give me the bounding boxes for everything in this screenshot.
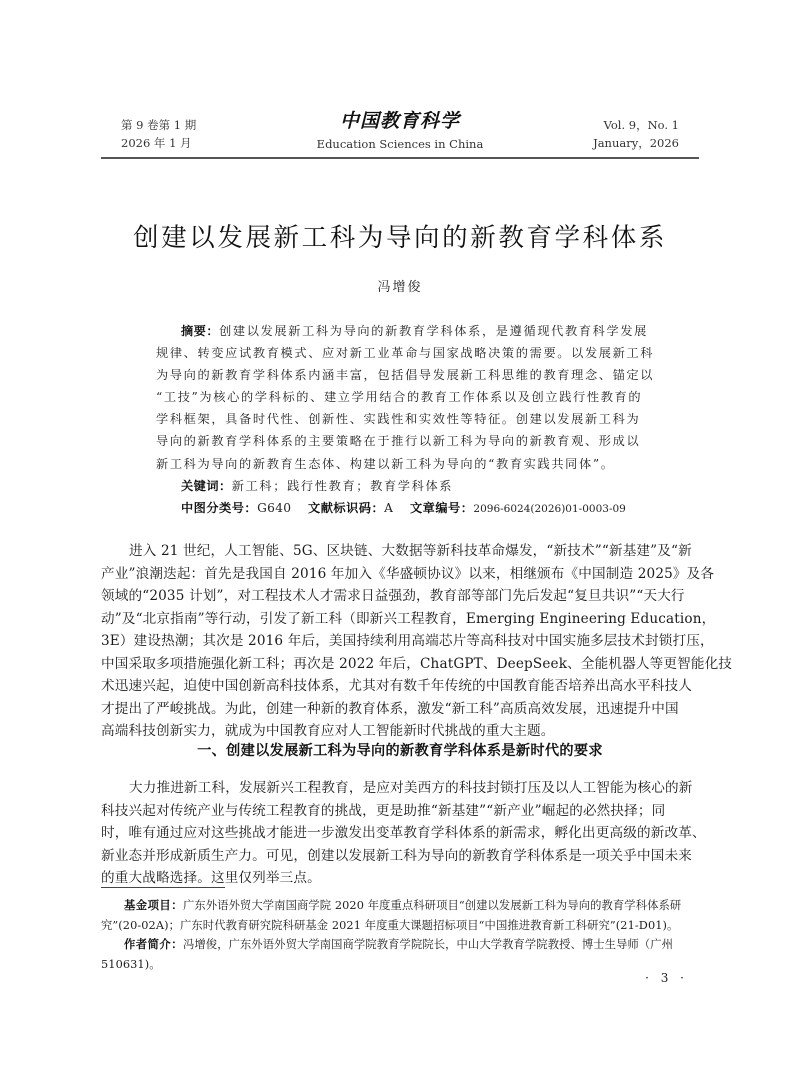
body-line: 中国采取多项措施强化新工科；再次是 2022 年后，ChatGPT、DeepSe… xyxy=(101,653,701,676)
footnote-rule xyxy=(101,887,225,888)
article-author: 冯增俊 xyxy=(0,276,800,295)
intro-paragraph: 进入 21 世纪，人工智能、5G、区块链、大数据等新科技革命爆发，“新技术”“新… xyxy=(101,540,701,743)
doc-code-label: 文献标识码： xyxy=(308,501,384,515)
funding-label: 基金项目： xyxy=(124,899,183,912)
author-bio-line: 作者简介：冯增俊，广东外语外贸大学南国商学院教育学院院长，中山大学教育学院教授、… xyxy=(101,935,701,955)
abstract-line: 新工科为导向的新教育生态体、构建以新工科为导向的“教育实践共同体”。 xyxy=(156,453,646,475)
body-line: 领域的“2035 计划”，对工程技术人才需求日益强劲，教育部等部门先后发起“复旦… xyxy=(101,585,701,608)
journal-title-cn: 中国教育科学 xyxy=(0,110,800,132)
abstract-line: 摘要：创建以发展新工科为导向的新教育学科体系，是遵循现代教育科学发展 xyxy=(156,320,646,342)
funding-line: 基金项目：广东外语外贸大学南国商学院 2020 年度重点科研项目“创建以发展新工… xyxy=(101,896,701,916)
body-line: 科技兴起对传统产业与传统工程教育的挑战，更是助推“新基建”“新产业”崛起的必然抉… xyxy=(101,800,701,823)
body-line: 动”及“北京指南”等行动，引发了新工科（即新兴工程教育，Emerging Eng… xyxy=(101,608,701,631)
journal-title-en: Education Sciences in China xyxy=(0,135,800,153)
page-number: · 3 · xyxy=(645,971,688,985)
abstract-label: 摘要： xyxy=(181,324,219,338)
date-en: January，2026 xyxy=(593,134,679,152)
article-no-label: 文章编号： xyxy=(410,501,473,515)
author-bio-label: 作者简介： xyxy=(124,938,183,951)
abstract-line: 为导向的新教育学科体系内涵丰富，包括倡导发展新工科思维的教育理念、锚定以 xyxy=(156,364,646,386)
body-line: 新业态并形成新质生产力。可见，创建以发展新工科为导向的新教育学科体系是一项关乎中… xyxy=(101,845,701,868)
keywords-label: 关键词： xyxy=(181,479,232,493)
article-title: 创建以发展新工科为导向的新教育学科体系 xyxy=(0,221,800,255)
body-line: 进入 21 世纪，人工智能、5G、区块链、大数据等新科技革命爆发，“新技术”“新… xyxy=(101,540,701,563)
running-header-right: Vol. 9，No. 1 January，2026 xyxy=(593,116,679,152)
body-line: 术迅速兴起，迫使中国创新高科技体系，尤其对有数千年传统的中国教育能否培养出高水平… xyxy=(101,675,701,698)
clc-label: 中图分类号： xyxy=(181,501,257,515)
volume-issue-en: Vol. 9，No. 1 xyxy=(593,116,679,134)
funding-line: 究”(20-02A)；广东时代教育研究院科研基金 2021 年度重大课题招标项目… xyxy=(101,916,701,936)
abstract-line: “工技”为核心的学科标的、建立学用结合的教育工作体系以及创立践行性教育的 xyxy=(156,386,646,408)
header-rule xyxy=(101,157,699,159)
section1-paragraph: 大力推进新工科，发展新兴工程教育，是应对美西方的科技封锁打压及以人工智能为核心的… xyxy=(101,777,701,890)
classification-line: 中图分类号：G640 文献标识码：A 文章编号：2096-6024(2026)0… xyxy=(156,497,646,519)
abstract-block: 摘要：创建以发展新工科为导向的新教育学科体系，是遵循现代教育科学发展 规律、转变… xyxy=(156,320,646,519)
abstract-line: 规律、转变应试教育模式、应对新工业革命与国家战略决策的需要。以发展新工科 xyxy=(156,342,646,364)
keywords-value: 新工科；践行性教育；教育学科体系 xyxy=(232,479,453,493)
footnotes: 基金项目：广东外语外贸大学南国商学院 2020 年度重点科研项目“创建以发展新工… xyxy=(101,896,701,974)
keywords-line: 关键词：新工科；践行性教育；教育学科体系 xyxy=(156,475,646,497)
body-line: 大力推进新工科，发展新兴工程教育，是应对美西方的科技封锁打压及以人工智能为核心的… xyxy=(101,777,701,800)
section-heading-1: 一、创建以发展新工科为导向的新教育学科体系是新时代的要求 xyxy=(0,740,800,762)
running-header-center: 中国教育科学 Education Sciences in China xyxy=(0,110,800,153)
body-line: 时，唯有通过应对这些挑战才能进一步激发出变革教育学科体系的新需求，孵化出更高级的… xyxy=(101,822,701,845)
author-bio-line: 510631)。 xyxy=(101,955,701,975)
body-line: 才提出了严峻挑战。为此，创建一种新的教育体系，激发“新工科”高质高效发展，迅速提… xyxy=(101,698,701,721)
article-no-value: 2096-6024(2026)01-0003-09 xyxy=(473,503,625,515)
abstract-line: 学科框架，具备时代性、创新性、实践性和实效性等特征。创建以发展新工科为 xyxy=(156,408,646,430)
body-line: 3E）建设热潮；其次是 2016 年后，美国持续利用高端芯片等高科技对中国实施多… xyxy=(101,630,701,653)
doc-code-value: A xyxy=(384,501,393,515)
abstract-line: 导向的新教育学科体系的主要策略在于推行以新工科为导向的新教育观、形成以 xyxy=(156,430,646,452)
body-line: 产业”浪潮迭起：首先是我国自 2016 年加入《华盛顿协议》以来，相继颁布《中国… xyxy=(101,563,701,586)
clc-value: G640 xyxy=(257,501,291,515)
